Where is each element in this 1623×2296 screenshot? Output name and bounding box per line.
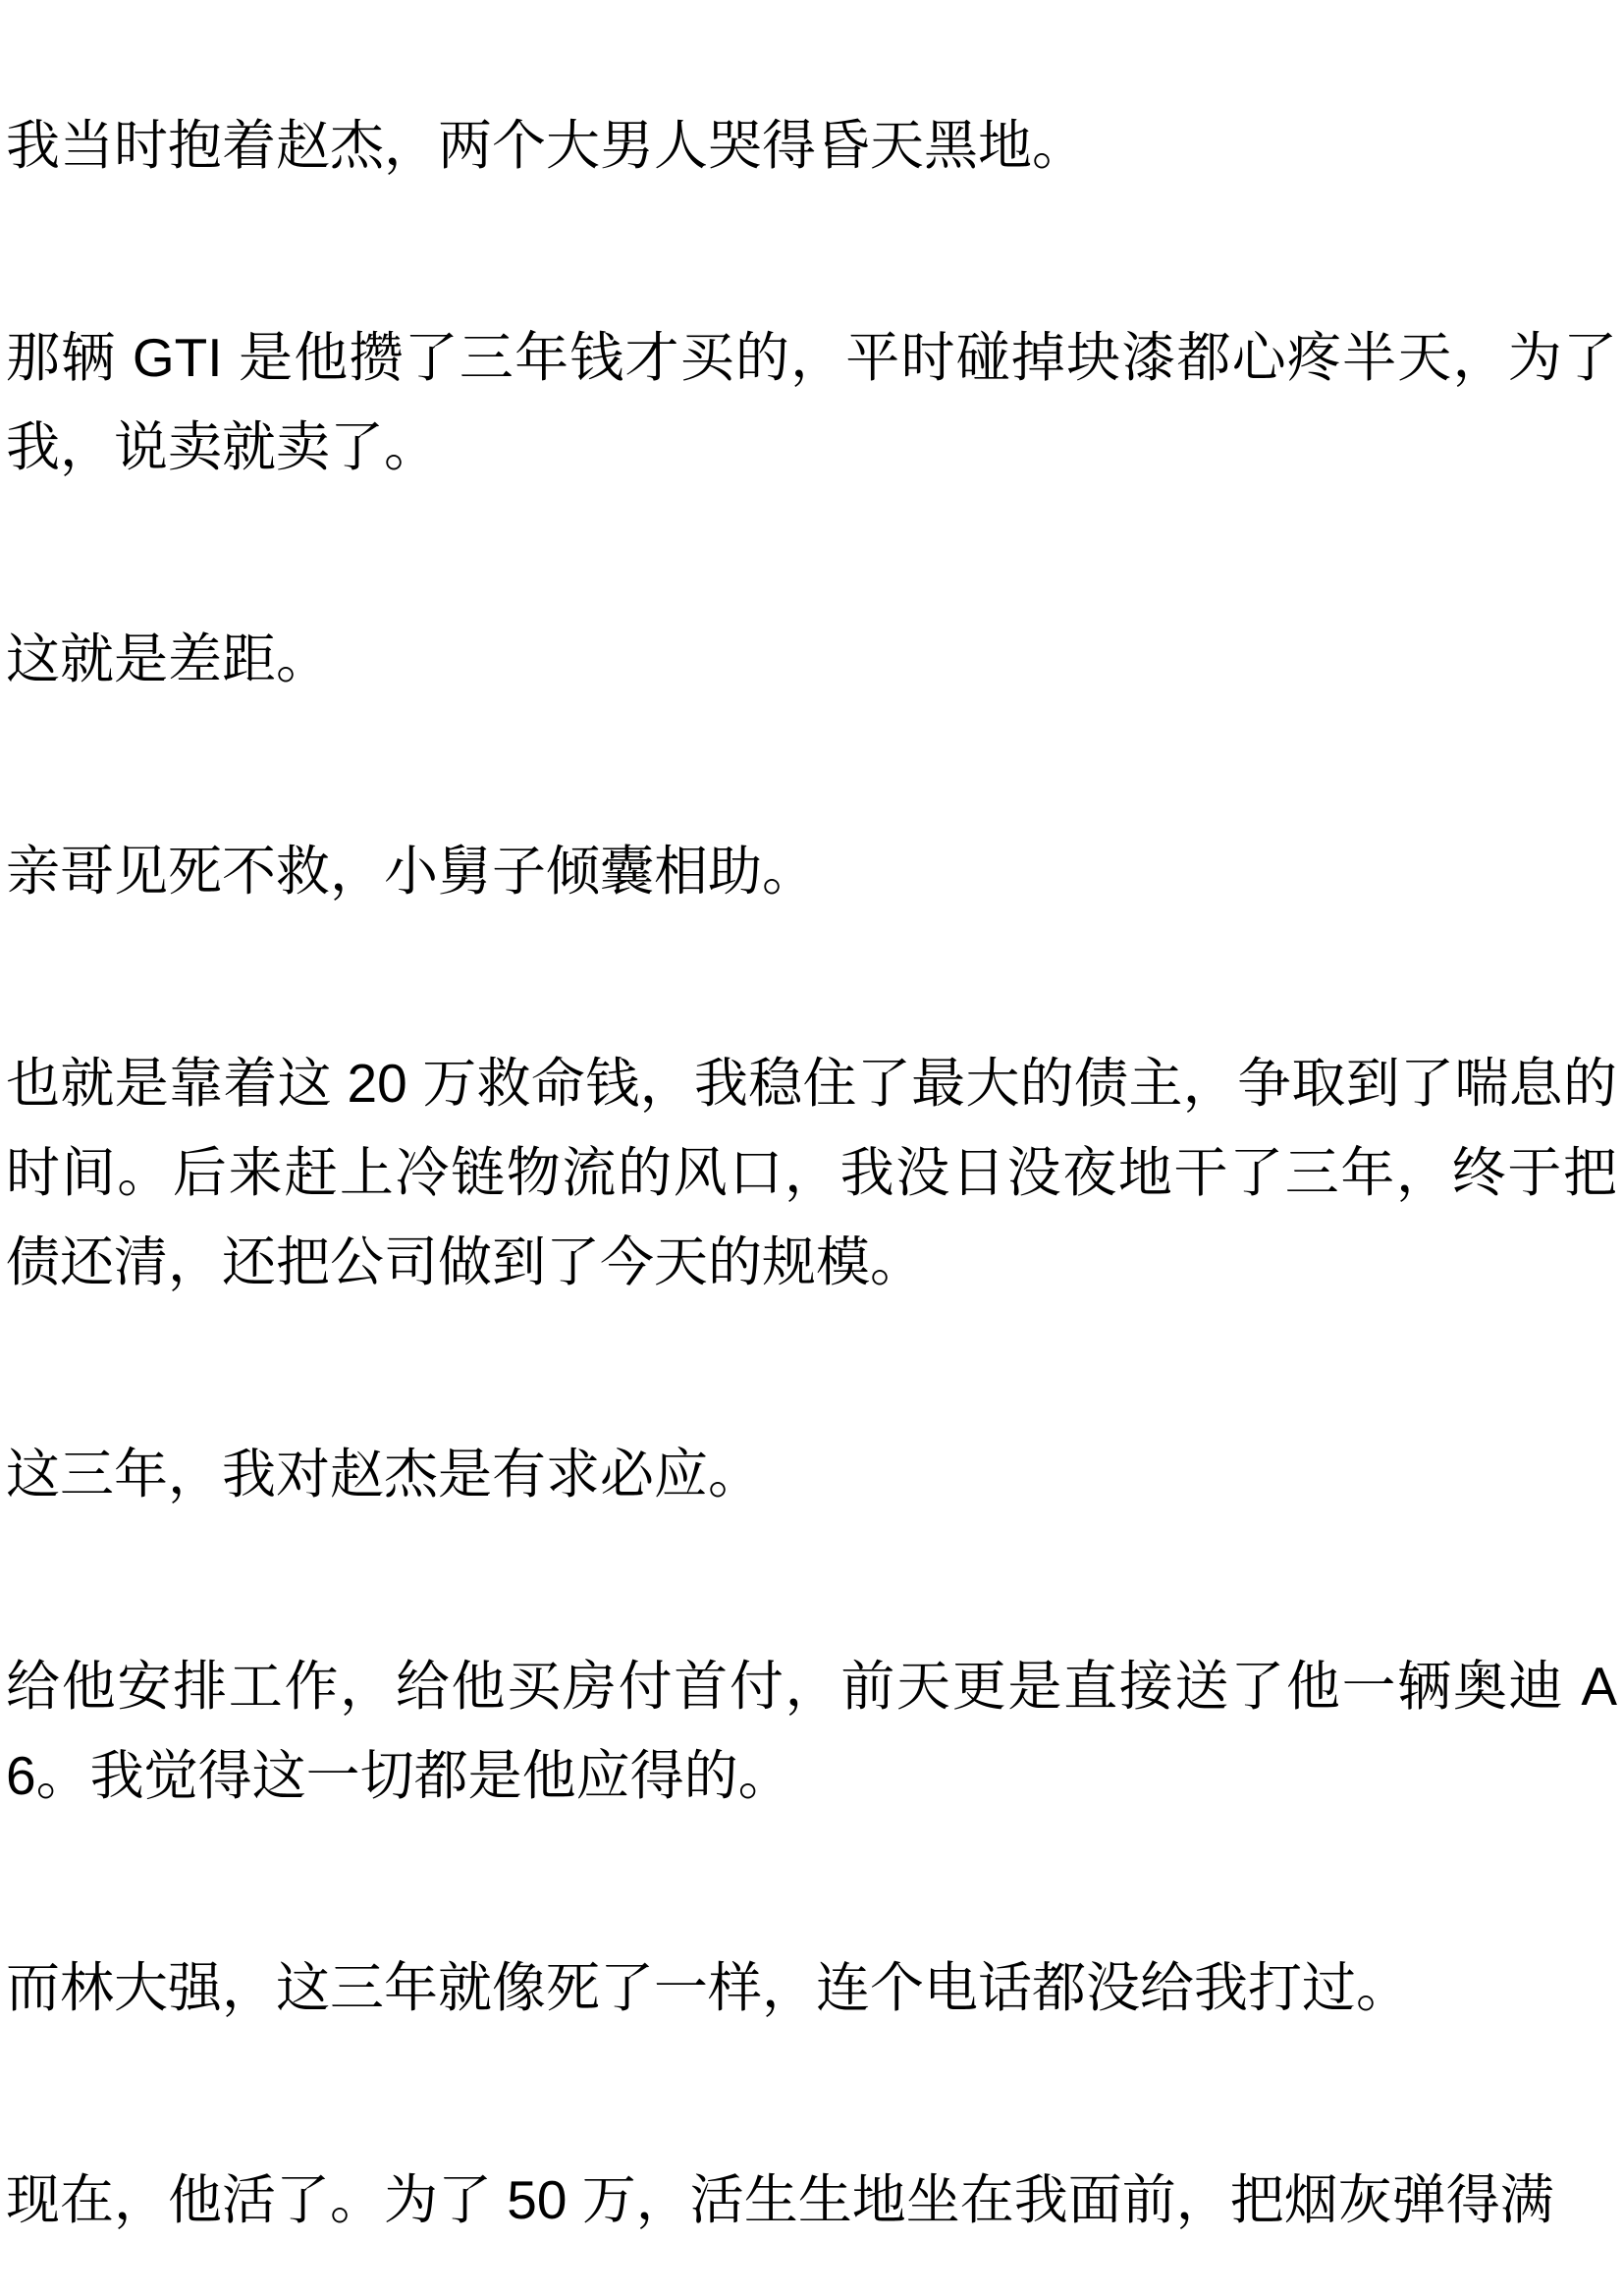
story-paragraph: 给他安排工作，给他买房付首付，前天更是直接送了他一辆奥迪 A6。我觉得这一切都是…: [6, 1642, 1617, 1821]
document-page: 我当时抱着赵杰，两个大男人哭得昏天黑地。 那辆 GTI 是他攒了三年钱才买的，平…: [0, 0, 1623, 2296]
story-paragraph: 亲哥见死不救，小舅子倾囊相助。: [6, 827, 1617, 916]
story-paragraph: 那辆 GTI 是他攒了三年钱才买的，平时碰掉块漆都心疼半天，为了我，说卖就卖了。: [6, 313, 1617, 492]
story-paragraph: 现在，他活了。为了 50 万，活生生地坐在我面前，把烟灰弹得满: [6, 2156, 1617, 2245]
story-paragraph: 这就是差距。: [6, 615, 1617, 704]
story-paragraph: 也就是靠着这 20 万救命钱，我稳住了最大的债主，争取到了喘息的时间。后来赶上冷…: [6, 1039, 1617, 1307]
story-paragraph: 我当时抱着赵杰，两个大男人哭得昏天黑地。: [6, 101, 1617, 191]
story-paragraph: 而林大强，这三年就像死了一样，连个电话都没给我打过。: [6, 1943, 1617, 2033]
story-paragraph: 这三年，我对赵杰是有求必应。: [6, 1430, 1617, 1519]
